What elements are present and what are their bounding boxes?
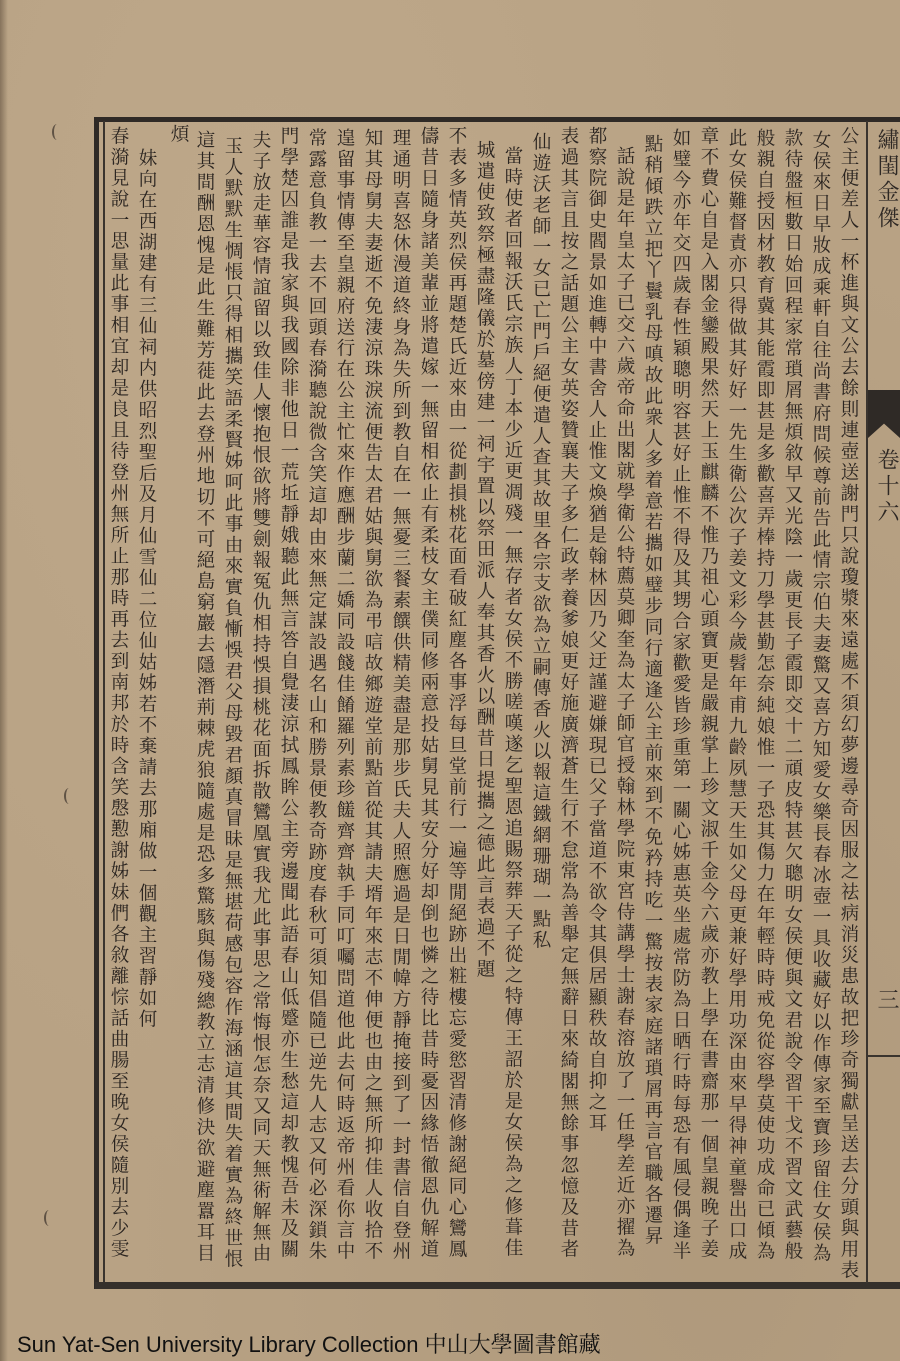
text-column: 城遣使致祭極盡隆儀於墓傍建一祠宇置以祭田派人奉其香火以酬昔日提攜之德此言表過不題 bbox=[470, 140, 498, 1300]
binding-mark bbox=[44, 1210, 54, 1226]
text-column: 理通明喜怒休漫道終身為失所到教自在一無憂三餐素饌供精美盡是那步氏夫人照應過是日閒… bbox=[386, 128, 414, 1288]
text-column: 話說是年皇太子已交六歲帝命出閣就學衛公特薦莫卿奎為太子師官授翰林學院東宮侍講學士… bbox=[610, 146, 638, 1306]
text-column: 知其母舅夫妻逝不免淒涼珠淚流便告太君姑與舅欲為弔唁故鄉遊堂前點首從其請夫壻年來志… bbox=[358, 128, 386, 1288]
text-column: 般親自授因材教育冀其能霞即甚是多歡喜弄棒持刀學甚勤怎奈純娘惟一子恐其傷力在年輕時… bbox=[750, 128, 778, 1288]
text-column: 當時使者回報沃氏宗族人丁本少近更凋殘一無存者女侯不勝嗟嘆遂乞聖恩追賜祭葬天子從之… bbox=[498, 146, 526, 1306]
text-column: 不表多情英烈侯再題楚氏近來由一從劃損桃花面看破紅塵各事浮每旦堂前行一遍等閒絕跡出… bbox=[442, 126, 470, 1286]
fishtail-rule bbox=[868, 1055, 900, 1057]
text-column: 此女侯難督責亦只得做其好好一先生衛公次子姜文彩今歲髫年甫九齡夙慧天生如父母更兼好… bbox=[722, 128, 750, 1288]
text-column: 儔昔日隨身諸美輩並將遣嫁一無留相依止有柔枝女主僕同修兩意投姑舅見其安分好却倒也憐… bbox=[414, 126, 442, 1286]
binding-mark bbox=[52, 124, 62, 140]
page-number: 三 bbox=[872, 988, 900, 1014]
text-column: 妹向在西湖建有三仙祠内供昭烈聖后及月仙雪仙二位仙姑姊若不棄請去那廂做一個觀主習靜… bbox=[132, 148, 160, 1308]
text-column: 女侯來日早妝成乘軒自往尚書府問候尊前告此情宗伯夫妻驚又喜方知愛女樂長春冰壺一具收… bbox=[806, 130, 834, 1290]
text-column: 公主便差人一杯進與文公去餘則連壺送謝門只說瓊漿來遠處不須幻夢邊尋奇因服之祛病消災… bbox=[834, 126, 862, 1286]
center-fold-rule bbox=[866, 121, 868, 1283]
text-column: 遑留事情傳至皇親府送行在公主忙來作應酬步蘭二嬌同設餞佳餚羅列素珍饈齊齊執手同叮囑… bbox=[330, 128, 358, 1288]
library-credit: Sun Yat-Sen University Library Collectio… bbox=[17, 1328, 601, 1359]
text-column: 都察院御史閻景如進轉中書舍人止惟文煥猶是翰林因乃父迂謹避嫌現已父子當道不欲令其俱… bbox=[582, 126, 610, 1286]
text-column: 如璧今亦年交四歲春性穎聰明容甚好止惟不得及其甥合家歡愛皆珍重第一關心姊惠英坐處常… bbox=[666, 128, 694, 1288]
text-column: 章不費心自是入閣金鑾殿果然天上玉麒麟不惟乃祖心頭寶更是嚴親掌上珍文淑千金今六歲亦… bbox=[694, 126, 722, 1286]
page-edge-shadow bbox=[0, 0, 8, 1361]
text-column: 這其間酬恩愧是此生難芳蓰此去登州地切不可絕島窮巖去隱潛荊棘虎狼隨處是恐多驚駭與傷… bbox=[190, 130, 218, 1290]
text-column: 款待盤桓數日始回程家常瑣屑無煩敘早又光陰一歲更長子霞即交十二頑皮特甚欠聰明女侯便… bbox=[778, 128, 806, 1288]
frame-left-border bbox=[94, 117, 99, 1289]
text-column: 玉人默默生惆悵只得相攜笑語柔賢姊呵此事由來實負慚悞君父母毀君顏真冒昧是無堪荷感包… bbox=[218, 136, 246, 1296]
text-column: 仙遊沃老師一女已亡門戶絕便遣人查其故里各宗支欲為立嗣傳香火以報這鐵網珊瑚一點私 bbox=[526, 132, 554, 1292]
binding-mark bbox=[64, 788, 74, 804]
text-column: 表過其言且按之話題公主女英姿贊襄夫子多仁政孝養爹娘更好施廣濟蒼生行不怠常為善舉定… bbox=[554, 126, 582, 1286]
text-column: 門學楚囚誰是我家與我國除非他日一荒坵靜娥聽此無言答自覺淒涼拭鳳眸公主旁邊聞此語春… bbox=[274, 126, 302, 1286]
book-title: 繡閨金傑 bbox=[872, 128, 900, 232]
text-column: 春漪見說一思量此事相宜却是良且待登州無所止那時再去到南邦於時含笑慇懃謝姊妹們各敘… bbox=[104, 126, 132, 1286]
text-column: 夫子放走華容情誼留以致佳人懷抱恨欲將雙劍報冤仇相持悞損桃花面拆散鸞凰實我尤此事思… bbox=[246, 130, 274, 1290]
text-column: 點稍傾跌立把丫鬟乳母嗔故此衆人多着意若攜如璧步同行適逢公主前來到不免矜持吃一驚按… bbox=[638, 134, 666, 1294]
frame-top-border bbox=[95, 117, 900, 122]
text-column: 煩 bbox=[164, 124, 192, 1284]
text-column: 常露意負教一去不回頭春漪聽說微含笑這却由來無定謀設遇名山和勝景便教奇跡度春秋可須… bbox=[302, 128, 330, 1288]
volume-label: 卷十六 bbox=[872, 448, 900, 526]
